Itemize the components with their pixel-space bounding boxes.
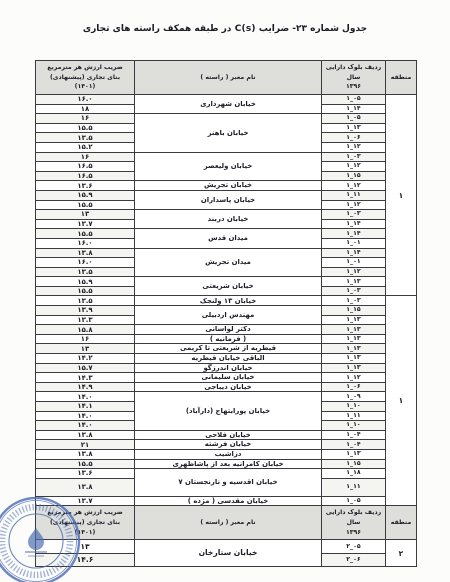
street-cell: قیطریه از شریعتی تا کریمی [135,344,322,354]
street-cell: الباقی خیابان قیطریه [135,354,322,364]
block-cell: ۱_۱۲ [322,373,386,383]
street-cell: خیابان فرشته [135,440,322,450]
street-cell: دزاشیب [135,449,322,459]
coef-cell: ۱۶ [36,334,135,344]
coef-cell: ۱۳ [36,210,135,220]
street-cell: مهندس اردبیلی [135,306,322,325]
coef-cell: ۱۳.۳ [36,315,135,325]
block-cell: ۱_۰۳ [322,210,386,220]
header-region: منطقه [386,61,417,95]
block-cell: ۱_۱۳ [322,325,386,335]
street-cell: خیابان باهنر [135,114,322,152]
region-cell: ۱ [386,296,417,506]
street-cell: دکتر لواسانی [135,325,322,335]
block-cell: ۱_۰۳ [322,286,386,296]
block-cell: ۱_۱۴ [322,219,386,229]
coef-cell: ۱۵.۵ [36,200,135,210]
coef-cell: ۱۶ [36,152,135,162]
street-cell: خیابان پاسداران [135,190,322,209]
coef-cell: ۱۵.۲ [36,142,135,152]
block-cell: ۱_۰۶ [322,133,386,143]
coef-cell: ۱۵.۸ [36,325,135,335]
block-cell: ۱_۱۴ [322,104,386,114]
street-cell: خیابان اقدسیه و نارنجستان ۷ [135,469,322,497]
block-cell: ۱_۱۴ [322,248,386,258]
block-cell: ۱_۱۵ [322,459,386,469]
region-cell: ۲ [386,540,417,567]
street-cell: خیابان مقدسی ( مژده ) [135,496,322,506]
coef-cell: ۱۳.۶ [36,469,135,479]
coef-cell: ۱۵.۷ [36,363,135,373]
street-cell: خیابان فلاحی [135,430,322,440]
coef-cell: ۱۳.۸ [36,449,135,459]
block-cell: ۱_۱۰ [322,402,386,412]
street-cell: خیابان پورابتهاج (دارآباد) [135,392,322,430]
block-cell: ۱_۱۱ [322,190,386,200]
coef-cell: ۱۴.۰ [36,411,135,421]
block-cell: ۱_۰۳ [322,152,386,162]
header-block: ردیف بلوک دارایی سال۱۳۹۶ [322,506,386,540]
coef-cell: ۱۴.۰ [36,421,135,431]
header-region: منطقه [386,506,417,540]
block-cell: ۱_۰۱ [322,258,386,268]
block-cell: ۱_۱۲ [322,142,386,152]
block-cell: ۱_۱۴ [322,229,386,239]
block-cell: ۲_۰۵ [322,540,386,554]
block-cell: ۱_۱۲ [322,162,386,172]
street-cell: خیابان ستارخان [135,540,322,567]
coef-cell: ۱۵.۹ [36,190,135,200]
block-cell: ۱_۱۳ [322,277,386,287]
region-cell: ۱ [386,95,417,296]
block-cell: ۱_۱۲ [322,200,386,210]
coef-cell: ۱۴.۹ [36,382,135,392]
block-cell: ۱_۱۱ [322,411,386,421]
coefficients-table: منطقهردیف بلوک دارایی سال۱۳۹۶نام معبر ( … [35,60,417,567]
block-cell: ۱_۱۱ [322,478,386,496]
street-cell: خیابان شریعتی [135,277,322,296]
street-cell: خیابان سلیمانی [135,373,322,383]
header-street: نام معبر ( راسته ) [135,61,322,95]
block-cell: ۱_۱۵ [322,171,386,181]
coef-cell: ۱۳.۵ [36,267,135,277]
block-cell: ۱_۱۳ [322,354,386,364]
street-cell: خیابان دیباجی [135,382,322,392]
block-cell: ۱_۰۴ [322,430,386,440]
block-cell: ۱_۱۳ [322,344,386,354]
street-cell: خیابان ۱۳ ولنجک [135,296,322,306]
coef-cell: ۱۳.۸ [36,248,135,258]
coef-cell: ۱۳ [36,344,135,354]
street-cell: خیابان دربند [135,210,322,229]
document-page: جدول شماره ۲۳- ضرایب C(s) در طبقه همکف ر… [0,0,450,582]
block-cell: ۱_۰۶ [322,382,386,392]
coef-cell: ۱۳.۹ [36,306,135,316]
street-cell: ( فرمانیه ) [135,334,322,344]
block-cell: ۱_۰۵ [322,496,386,506]
block-cell: ۱_۰۱ [322,238,386,248]
coef-cell: ۱۶.۵ [36,162,135,172]
coefficients-table-body: منطقهردیف بلوک دارایی سال۱۳۹۶نام معبر ( … [36,61,417,567]
coef-cell: ۱۳.۸ [36,430,135,440]
street-cell: خیابان شهرداری [135,95,322,114]
street-cell: خیابان تجریش [135,181,322,191]
block-cell: ۱_۱۳ [322,123,386,133]
block-cell: ۱_۱۳ [322,363,386,373]
coef-cell: ۱۴.۳ [36,373,135,383]
coef-cell: ۱۶ [36,114,135,124]
municipality-stamp-icon [0,492,85,582]
block-cell: ۱_۰۵ [322,95,386,105]
header-block: ردیف بلوک دارایی سال۱۳۹۶ [322,61,386,95]
coef-cell: ۱۵.۵ [36,459,135,469]
coef-cell: ۱۶.۰ [36,238,135,248]
coef-cell: ۱۳.۵ [36,133,135,143]
coef-cell: ۱۵.۵ [36,286,135,296]
coef-cell: ۱۴.۱ [36,402,135,412]
street-cell: میدان قدس [135,229,322,248]
street-cell: خیابان اندرزگو [135,363,322,373]
coef-cell: ۱۴.۲ [36,354,135,364]
coef-cell: ۱۳.۶ [36,181,135,191]
coef-cell: ۱۶.۰ [36,95,135,105]
block-cell: ۱_۱۳ [322,449,386,459]
block-cell: ۱_۱۳ [322,334,386,344]
block-cell: ۱_۰۹ [322,392,386,402]
coef-cell: ۱۳.۷ [36,219,135,229]
block-cell: ۱_۰۵ [322,114,386,124]
street-cell: خیابان کامرانیه بعد از پاشاظهری [135,459,322,469]
block-cell: ۱_۱۲ [322,267,386,277]
coef-cell: ۱۴.۰ [36,392,135,402]
coef-cell: ۱۶.۰ [36,258,135,268]
block-cell: ۱_۱۳ [322,315,386,325]
header-coef: ضریب ارزش هر مترمربعبنای تجاری (پیشنهادی… [36,61,135,95]
block-cell: ۱_۱۵ [322,306,386,316]
block-cell: ۱_۰۴ [322,440,386,450]
street-cell: خیابان ولیعصر [135,152,322,181]
header-street: نام معبر ( راسته ) [135,506,322,540]
block-cell: ۱_۱۰ [322,421,386,431]
coef-cell: ۱۵.۵ [36,123,135,133]
coef-cell: ۱۶.۵ [36,171,135,181]
block-cell: ۱_۱۸ [322,469,386,479]
coef-cell: ۲۱ [36,440,135,450]
block-cell: ۱_۰۳ [322,296,386,306]
coef-cell: ۱۸ [36,104,135,114]
block-cell: ۲_۰۶ [322,553,386,567]
coef-cell: ۱۵.۵ [36,229,135,239]
block-cell: ۱_۱۲ [322,181,386,191]
street-cell: میدان تجریش [135,248,322,277]
coef-cell: ۱۵.۹ [36,277,135,287]
coef-cell: ۱۳.۵ [36,296,135,306]
page-title: جدول شماره ۲۳- ضرایب C(s) در طبقه همکف ر… [0,24,450,34]
